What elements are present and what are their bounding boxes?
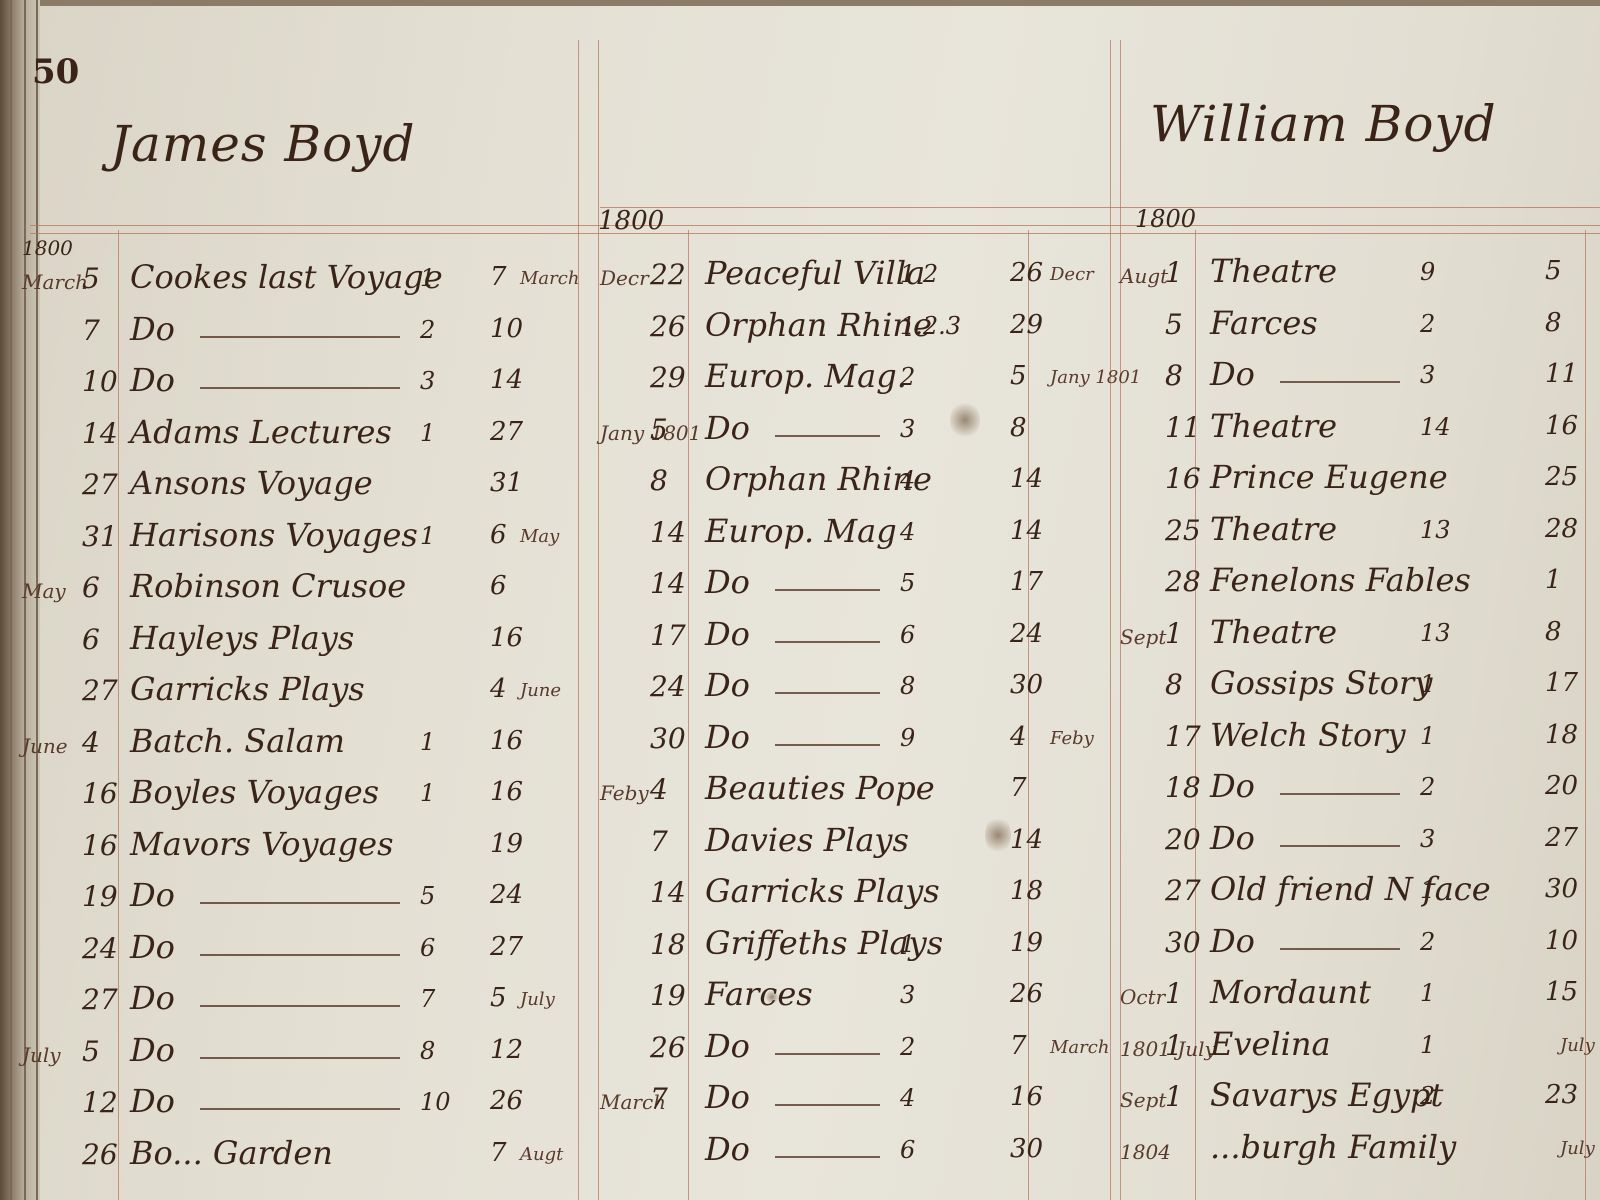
entry-returned-day: 20: [1545, 771, 1578, 801]
entry-day: 14: [650, 567, 686, 600]
entry-title: Mordaunt: [1210, 973, 1371, 1011]
entry-returned-day: 1: [1545, 565, 1562, 595]
entry-title: Evelina: [1210, 1025, 1331, 1063]
entry-returned-day: 4: [1010, 722, 1027, 752]
entry-title: Do: [705, 1130, 750, 1168]
column-rule: [1120, 40, 1121, 1200]
entry-volume: 2: [1420, 928, 1435, 956]
entry-title: Mavors Voyages: [130, 825, 394, 863]
year-label: 1800: [598, 206, 664, 236]
entry-title: Do: [1210, 922, 1255, 960]
header-rule-right: [600, 207, 1600, 208]
entry-day: 27: [82, 983, 118, 1016]
entry-day: 26: [82, 1138, 118, 1171]
entry-volume: 14: [1420, 413, 1451, 441]
entry-title: Do: [705, 1027, 750, 1065]
entry-volume: 1: [1420, 722, 1435, 750]
ditto-dash: [775, 589, 880, 591]
entry-title: Do: [1210, 819, 1255, 857]
entry-day: 1: [1165, 977, 1183, 1010]
entry-volume: 1: [420, 522, 435, 550]
entry-volume: 10: [420, 1088, 451, 1116]
entry-volume: 9: [1420, 258, 1435, 286]
entry-title: Do: [1210, 355, 1255, 393]
entry-volume: 1: [420, 264, 435, 292]
entry-returned-day: 16: [1545, 411, 1578, 441]
entry-volume: 5: [900, 569, 915, 597]
entry-returned-month: Jany 1801: [1050, 367, 1141, 388]
entry-day: 17: [1165, 720, 1201, 753]
column-rule: [1028, 230, 1029, 1200]
entry-day: 5: [650, 413, 668, 446]
entry-returned-day: 19: [1010, 928, 1043, 958]
entry-title: Do: [705, 563, 750, 601]
entry-returned-day: 26: [1010, 258, 1043, 288]
entry-volume: 2: [420, 316, 435, 344]
entry-day: 6: [82, 623, 100, 656]
entry-volume: 2: [1420, 773, 1435, 801]
entry-day: 1: [1165, 1080, 1183, 1113]
entry-title: Orphan Rhine: [705, 460, 932, 498]
entry-volume: 1: [1420, 876, 1435, 904]
entry-title: Cookes last Voyage: [130, 258, 443, 296]
ditto-dash: [1280, 948, 1400, 950]
entry-day: 5: [82, 262, 100, 295]
entry-volume: 1: [1420, 979, 1435, 1007]
entry-volume: 3: [420, 367, 435, 395]
entry-day: 8: [1165, 359, 1183, 392]
ditto-dash: [775, 641, 880, 643]
entry-volume: 1: [420, 728, 435, 756]
entry-returned-day: 31: [490, 468, 523, 498]
entry-returned-month: Augt: [520, 1144, 563, 1165]
entry-returned-day: 14: [490, 365, 523, 395]
column-rule: [118, 230, 119, 1200]
entry-day: 5: [82, 1035, 100, 1068]
account-name-william-boyd: William Boyd: [1150, 95, 1497, 153]
entry-returned-day: 28: [1545, 514, 1578, 544]
entry-returned-day: 25: [1545, 462, 1578, 492]
entry-volume: 1.2: [900, 260, 938, 288]
entry-title: Savarys Egypt: [1210, 1076, 1443, 1114]
entry-day: 10: [82, 365, 118, 398]
ditto-dash: [775, 435, 880, 437]
column-rule: [688, 230, 689, 1200]
entry-day: 20: [1165, 823, 1201, 856]
entry-day: 17: [650, 619, 686, 652]
entry-returned-month: July: [1560, 1035, 1595, 1056]
entry-title: Theatre: [1210, 510, 1337, 548]
ditto-dash: [200, 1108, 400, 1110]
entry-returned-day: 18: [1010, 876, 1043, 906]
entry-title: ...burgh Family: [1210, 1128, 1456, 1166]
page-number: 50: [32, 52, 79, 92]
entry-day: 18: [1165, 771, 1201, 804]
ditto-dash: [775, 744, 880, 746]
entry-volume: 9: [900, 724, 915, 752]
entry-month: June: [22, 734, 68, 758]
entry-returned-day: 7: [1010, 1031, 1027, 1061]
entry-returned-day: 30: [1010, 1134, 1043, 1164]
entry-volume: 1: [420, 419, 435, 447]
entry-day: 16: [82, 829, 118, 862]
entry-title: Do: [130, 310, 175, 348]
entry-day: 24: [650, 670, 686, 703]
entry-day: 27: [82, 468, 118, 501]
entry-volume: 6: [900, 1136, 915, 1164]
entry-returned-month: June: [520, 680, 561, 701]
entry-returned-day: 16: [490, 777, 523, 807]
entry-returned-day: 7: [490, 262, 507, 292]
entry-returned-day: 6: [490, 520, 507, 550]
ditto-dash: [1280, 845, 1400, 847]
entry-month: May: [22, 579, 66, 603]
entry-volume: 7: [420, 985, 435, 1013]
entry-title: Theatre: [1210, 252, 1337, 290]
entry-returned-month: Decr: [1050, 264, 1094, 285]
entry-title: Do: [705, 615, 750, 653]
entry-day: 1: [1165, 617, 1183, 650]
entry-day: 14: [82, 417, 118, 450]
entry-day: 24: [82, 932, 118, 965]
entry-volume: 2: [1420, 1082, 1435, 1110]
entry-month: Sept: [1120, 625, 1166, 649]
ditto-dash: [775, 1104, 880, 1106]
entry-month: Augt: [1120, 264, 1168, 288]
entry-day: 14: [650, 876, 686, 909]
entry-volume: 1.2.3: [900, 312, 961, 340]
entry-title: Harisons Voyages: [130, 516, 418, 554]
ink-stain: [985, 815, 1011, 855]
entry-title: Peaceful Villa: [705, 254, 925, 292]
entry-title: Adams Lectures: [130, 413, 392, 451]
entry-day: 18: [650, 928, 686, 961]
entry-day: 7: [650, 825, 668, 858]
entry-day: 19: [82, 880, 118, 913]
entry-day: 26: [650, 1031, 686, 1064]
entry-returned-day: 26: [1010, 979, 1043, 1009]
ditto-dash: [200, 902, 400, 904]
entry-month: July: [22, 1043, 61, 1067]
entry-returned-day: 8: [1545, 617, 1562, 647]
entry-returned-day: 18: [1545, 720, 1578, 750]
entry-title: Do: [1210, 767, 1255, 805]
entry-returned-day: 11: [1545, 359, 1578, 389]
entry-volume: 8: [420, 1037, 435, 1065]
entry-title: Ansons Voyage: [130, 464, 373, 502]
entry-returned-day: 6: [490, 571, 507, 601]
entry-title: Orphan Rhine: [705, 306, 932, 344]
entry-returned-month: July: [1560, 1138, 1595, 1159]
entry-volume: 8: [900, 672, 915, 700]
entry-title: Garricks Plays: [130, 670, 365, 708]
entry-day: 4: [82, 726, 100, 759]
entry-volume: 13: [1420, 516, 1451, 544]
ditto-dash: [200, 1057, 400, 1059]
entry-day: 27: [82, 674, 118, 707]
entry-month: Octr: [1120, 985, 1165, 1009]
entry-day: 7: [650, 1082, 668, 1115]
entry-returned-day: 30: [1010, 670, 1043, 700]
ink-stain: [950, 400, 980, 440]
entry-title: Do: [130, 1031, 175, 1069]
entry-day: 30: [1165, 926, 1201, 959]
entry-volume: 6: [900, 621, 915, 649]
entry-day: 8: [650, 464, 668, 497]
entry-volume: 2: [900, 363, 915, 391]
entry-day: 16: [1165, 462, 1201, 495]
entry-title: Do: [705, 1078, 750, 1116]
entry-returned-day: 16: [1010, 1082, 1043, 1112]
entry-day: 7: [82, 314, 100, 347]
entry-title: Robinson Crusoe: [130, 567, 406, 605]
entry-month: Decr: [600, 266, 649, 290]
entry-returned-day: 19: [490, 829, 523, 859]
entry-returned-day: 8: [1545, 308, 1562, 338]
entry-returned-month: May: [520, 526, 559, 547]
entry-title: Theatre: [1210, 613, 1337, 651]
entry-returned-day: 16: [490, 726, 523, 756]
entry-volume: 1: [420, 779, 435, 807]
entry-title: Boyles Voyages: [130, 773, 379, 811]
entry-title: Garricks Plays: [705, 872, 940, 910]
entry-day: 14: [650, 516, 686, 549]
ditto-dash: [200, 387, 400, 389]
entry-title: Do: [130, 361, 175, 399]
entry-returned-day: 14: [1010, 516, 1043, 546]
entry-month: Sept: [1120, 1088, 1166, 1112]
entry-month: March: [22, 270, 88, 294]
entry-returned-day: 29: [1010, 310, 1043, 340]
entry-day: 4: [650, 773, 668, 806]
year-label: 1800: [22, 236, 73, 260]
entry-day: 29: [650, 361, 686, 394]
entry-returned-day: 12: [490, 1035, 523, 1065]
entry-returned-day: 24: [1010, 619, 1043, 649]
entry-title: Beauties Pope: [705, 769, 935, 807]
ditto-dash: [1280, 793, 1400, 795]
ditto-dash: [200, 954, 400, 956]
entry-volume: 2: [1420, 310, 1435, 338]
entry-returned-day: 8: [1010, 413, 1027, 443]
entry-day: 26: [650, 310, 686, 343]
ditto-dash: [775, 1156, 880, 1158]
ink-stain: [765, 990, 779, 1004]
entry-returned-day: 5: [1545, 256, 1562, 286]
entry-title: Do: [705, 409, 750, 447]
entry-day: 31: [82, 520, 118, 553]
entry-title: Do: [130, 928, 175, 966]
entry-returned-day: 17: [1010, 567, 1043, 597]
entry-title: Europ. Mag: [705, 512, 897, 550]
entry-returned-day: 23: [1545, 1080, 1578, 1110]
entry-returned-day: 7: [1010, 773, 1027, 803]
entry-volume: 6: [420, 934, 435, 962]
entry-day: 22: [650, 258, 686, 291]
entry-returned-day: 5: [1010, 361, 1027, 391]
entry-volume: 1: [1420, 670, 1435, 698]
entry-returned-day: 17: [1545, 668, 1578, 698]
ditto-dash: [775, 692, 880, 694]
entry-title: Batch. Salam: [130, 722, 345, 760]
entry-title: Europ. Mag.: [705, 357, 907, 395]
entry-volume: 1: [900, 930, 915, 958]
entry-title: Theatre: [1210, 407, 1337, 445]
entry-title: Do: [705, 666, 750, 704]
entry-title: Prince Eugene: [1210, 458, 1448, 496]
account-name-james-boyd: James Boyd: [110, 115, 416, 173]
entry-day: 1: [1165, 1029, 1183, 1062]
entry-volume: 3: [1420, 361, 1435, 389]
entry-returned-day: 15: [1545, 977, 1578, 1007]
entry-volume: 3: [900, 415, 915, 443]
entry-day: 19: [650, 979, 686, 1012]
entry-title: Old friend N face: [1210, 870, 1491, 908]
entry-returned-month: March: [520, 268, 579, 289]
entry-returned-day: 10: [1545, 926, 1578, 956]
entry-title: Davies Plays: [705, 821, 909, 859]
entry-day: 25: [1165, 514, 1201, 547]
entry-day: 16: [82, 777, 118, 810]
header-rule-double: [30, 233, 1600, 234]
entry-returned-month: March: [1050, 1037, 1109, 1058]
entry-volume: 1: [1420, 1031, 1435, 1059]
entry-returned-month: Feby: [1050, 728, 1094, 749]
entry-day: 5: [1165, 308, 1183, 341]
entry-volume: 4: [900, 1084, 915, 1112]
entry-title: Do: [130, 1082, 175, 1120]
entry-volume: 2: [900, 1033, 915, 1061]
entry-volume: 3: [900, 981, 915, 1009]
column-rule: [578, 40, 579, 1200]
column-rule: [1110, 40, 1111, 1200]
page-top-edge: [0, 0, 1600, 6]
entry-month: 1804: [1120, 1140, 1171, 1164]
entry-volume: 4: [900, 466, 915, 494]
entry-returned-day: 30: [1545, 874, 1578, 904]
entry-title: Welch Story: [1210, 716, 1406, 754]
entry-returned-day: 7: [490, 1138, 507, 1168]
entry-returned-day: 10: [490, 314, 523, 344]
entry-returned-day: 5: [490, 983, 507, 1013]
entry-volume: 3: [1420, 825, 1435, 853]
entry-day: 27: [1165, 874, 1201, 907]
entry-returned-day: 27: [490, 417, 523, 447]
entry-title: Do: [705, 718, 750, 756]
entry-title: Farces: [1210, 304, 1318, 342]
ditto-dash: [775, 1053, 880, 1055]
entry-title: Do: [130, 876, 175, 914]
entry-returned-day: 27: [490, 932, 523, 962]
year-label: 1800: [1135, 205, 1196, 233]
entry-day: 30: [650, 722, 686, 755]
ditto-dash: [200, 1005, 400, 1007]
entry-volume: 4: [900, 518, 915, 546]
entry-returned-day: 26: [490, 1086, 523, 1116]
entry-title: Bo... Garden: [130, 1134, 333, 1172]
entry-day: 8: [1165, 668, 1183, 701]
entry-returned-day: 27: [1545, 823, 1578, 853]
entry-volume: 5: [420, 882, 435, 910]
entry-volume: 13: [1420, 619, 1451, 647]
entry-title: Gossips Story: [1210, 664, 1432, 702]
entry-day: 6: [82, 571, 100, 604]
entry-day: 28: [1165, 565, 1201, 598]
ledger-page: 50 James Boyd William Boyd 1800 1800 180…: [0, 0, 1600, 1200]
header-rule: [30, 225, 1600, 226]
entry-day: 1: [1165, 256, 1183, 289]
entry-title: Fenelons Fables: [1210, 561, 1471, 599]
ditto-dash: [200, 336, 400, 338]
ditto-dash: [1280, 381, 1400, 383]
entry-day: 11: [1165, 411, 1201, 444]
entry-returned-day: 4: [490, 674, 507, 704]
entry-returned-day: 16: [490, 623, 523, 653]
entry-title: Farces: [705, 975, 813, 1013]
entry-returned-day: 14: [1010, 464, 1043, 494]
entry-returned-day: 24: [490, 880, 523, 910]
entry-returned-day: 14: [1010, 825, 1043, 855]
entry-title: Do: [130, 979, 175, 1017]
entry-returned-month: July: [520, 989, 555, 1010]
entry-month: Feby: [600, 781, 649, 805]
entry-day: 12: [82, 1086, 118, 1119]
entry-title: Hayleys Plays: [130, 619, 354, 657]
